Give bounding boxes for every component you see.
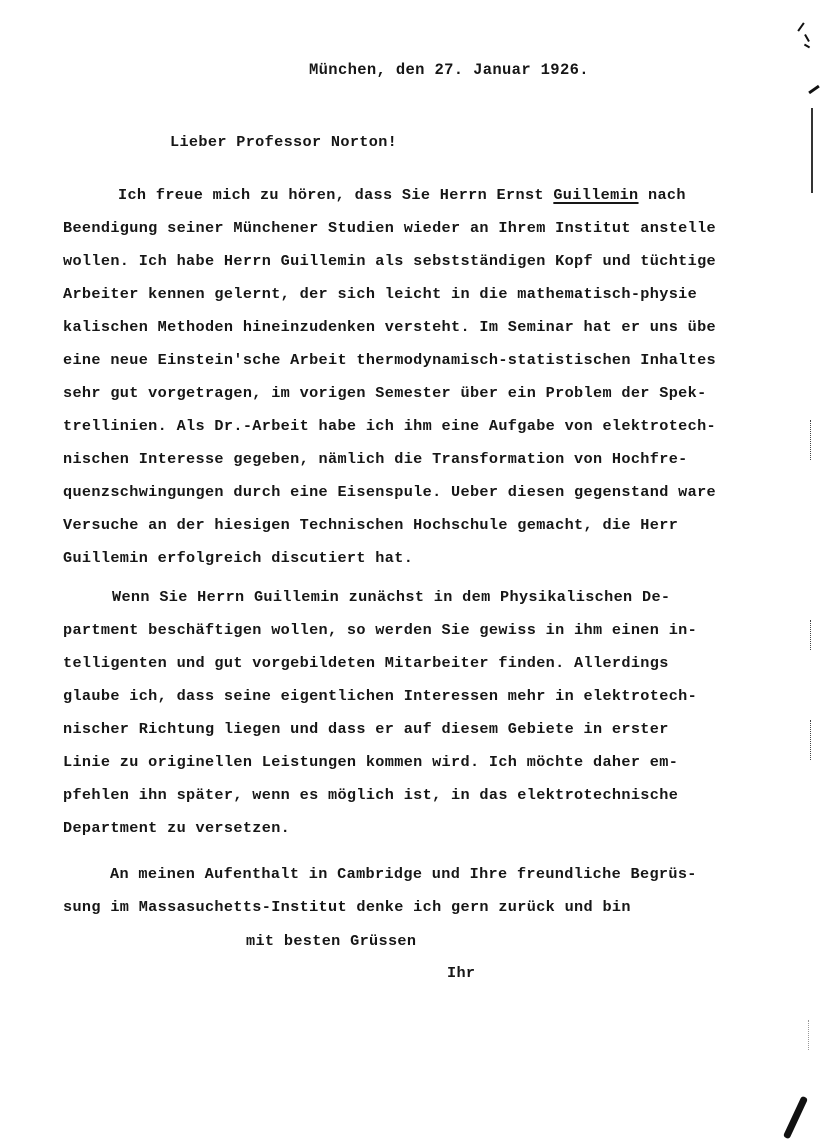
salutation: Lieber Professor Norton! — [170, 132, 397, 152]
scan-artifact — [808, 85, 820, 94]
body-line: glaube ich, dass seine eigentlichen Inte… — [63, 686, 697, 706]
body-line: sehr gut vorgetragen, im vorigen Semeste… — [63, 383, 707, 403]
body-line: Linie zu originellen Leistungen kommen w… — [63, 752, 678, 772]
body-line: eine neue Einstein'sche Arbeit thermodyn… — [63, 350, 716, 370]
signoff: Ihr — [447, 963, 475, 983]
scan-artifact — [810, 620, 812, 650]
body-line: Department zu versetzen. — [63, 818, 290, 838]
body-line: Wenn Sie Herrn Guillemin zunächst in dem… — [112, 587, 670, 607]
scan-artifact — [810, 420, 812, 460]
body-line: partment beschäftigen wollen, so werden … — [63, 620, 697, 640]
scan-artifact — [804, 34, 810, 42]
scan-artifact — [811, 108, 813, 193]
scan-artifact — [808, 1020, 810, 1050]
scan-artifact — [783, 1096, 808, 1140]
body-line: Ich freue mich zu hören, dass Sie Herrn … — [118, 185, 686, 205]
body-line: quenzschwingungen durch eine Eisenspule.… — [63, 482, 716, 502]
body-line: Arbeiter kennen gelernt, der sich leicht… — [63, 284, 697, 304]
body-line: nischer Richtung liegen und dass er auf … — [63, 719, 669, 739]
underlined-name: Guillemin — [553, 186, 638, 204]
line-text: nach — [639, 186, 686, 204]
body-line: telligenten und gut vorgebildeten Mitarb… — [63, 653, 669, 673]
letter-page: München, den 27. Januar 1926. Lieber Pro… — [0, 0, 821, 1148]
body-line: Beendigung seiner Münchener Studien wied… — [63, 218, 716, 238]
scan-artifact — [797, 22, 804, 31]
body-line: Versuche an der hiesigen Technischen Hoc… — [63, 515, 678, 535]
dateline: München, den 27. Januar 1926. — [309, 60, 589, 80]
body-line: wollen. Ich habe Herrn Guillemin als seb… — [63, 251, 716, 271]
body-line: Guillemin erfolgreich discutiert hat. — [63, 548, 413, 568]
body-line: pfehlen ihn später, wenn es möglich ist,… — [63, 785, 678, 805]
body-line: trellinien. Als Dr.-Arbeit habe ich ihm … — [63, 416, 716, 436]
body-line: An meinen Aufenthalt in Cambridge und Ih… — [110, 864, 697, 884]
line-text: Ich freue mich zu hören, dass Sie Herrn … — [118, 186, 553, 204]
body-line: nischen Interesse gegeben, nämlich die T… — [63, 449, 688, 469]
closing: mit besten Grüssen — [246, 931, 416, 951]
body-line: sung im Massasuchetts-Institut denke ich… — [63, 897, 631, 917]
body-line: kalischen Methoden hineinzudenken verste… — [63, 317, 716, 337]
scan-artifact — [810, 720, 812, 760]
scan-artifact — [804, 44, 810, 49]
